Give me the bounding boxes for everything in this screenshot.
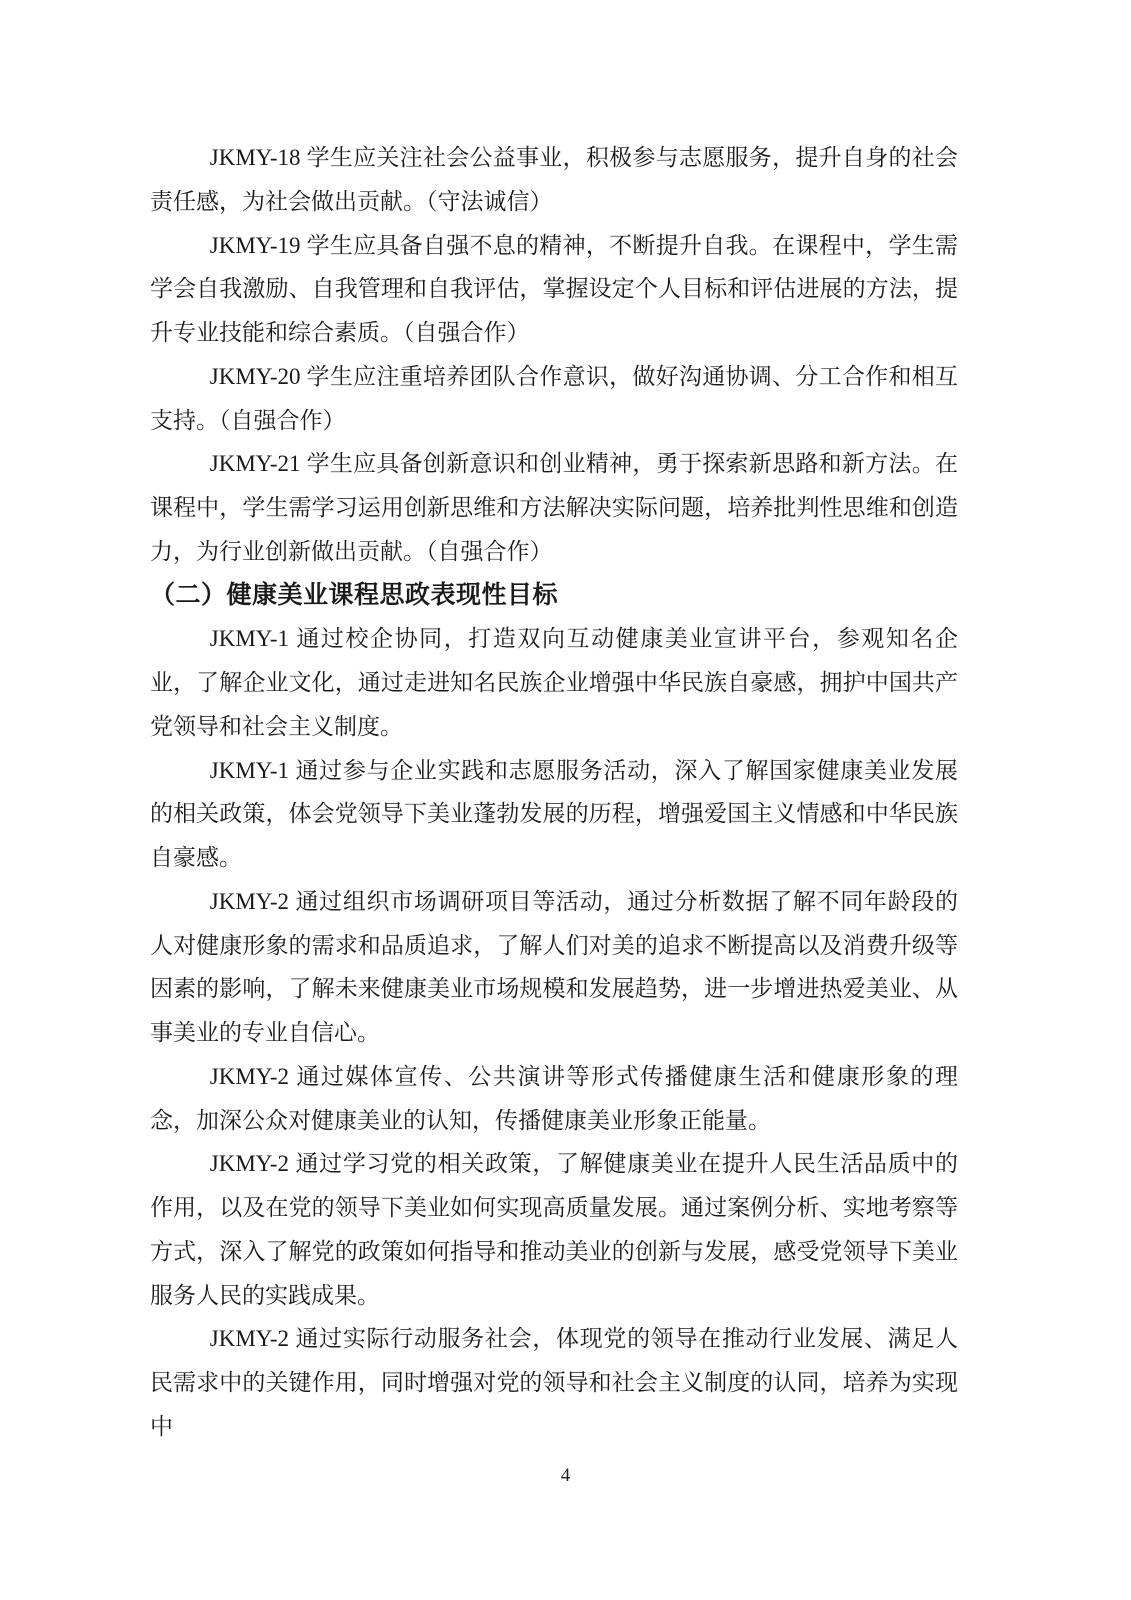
paragraph-jkmy-18: JKMY-18 学生应关注社会公益事业，积极参与志愿服务，提升自身的社会责任感，…	[150, 136, 958, 224]
paragraph-jkmy-21: JKMY-21 学生应具备创新意识和创业精神，勇于探索新思路和新方法。在课程中，…	[150, 442, 958, 573]
page-body-text: JKMY-18 学生应关注社会公益事业，积极参与志愿服务，提升自身的社会责任感，…	[150, 136, 958, 1449]
paragraph-jkmy-2-a: JKMY-2 通过组织市场调研项目等活动，通过分析数据了解不同年龄段的人对健康形…	[150, 880, 958, 1055]
section-heading-performance-goals: （二）健康美业课程思政表现性目标	[150, 574, 958, 618]
paragraph-jkmy-2-d: JKMY-2 通过实际行动服务社会，体现党的领导在推动行业发展、满足人民需求中的…	[150, 1317, 958, 1448]
page-number: 4	[0, 1464, 1131, 1488]
paragraph-jkmy-1-b: JKMY-1 通过参与企业实践和志愿服务活动，深入了解国家健康美业发展的相关政策…	[150, 749, 958, 880]
paragraph-jkmy-20: JKMY-20 学生应注重培养团队合作意识，做好沟通协调、分工合作和相互支持。（…	[150, 355, 958, 443]
paragraph-jkmy-1-a: JKMY-1 通过校企协同，打造双向互动健康美业宣讲平台，参观知名企业，了解企业…	[150, 617, 958, 748]
paragraph-jkmy-2-c: JKMY-2 通过学习党的相关政策，了解健康美业在提升人民生活品质中的作用，以及…	[150, 1142, 958, 1317]
paragraph-jkmy-2-b: JKMY-2 通过媒体宣传、公共演讲等形式传播健康生活和健康形象的理念，加深公众…	[150, 1055, 958, 1143]
document-page: JKMY-18 学生应关注社会公益事业，积极参与志愿服务，提升自身的社会责任感，…	[0, 0, 1131, 1600]
paragraph-jkmy-19: JKMY-19 学生应具备自强不息的精神，不断提升自我。在课程中，学生需学会自我…	[150, 224, 958, 355]
